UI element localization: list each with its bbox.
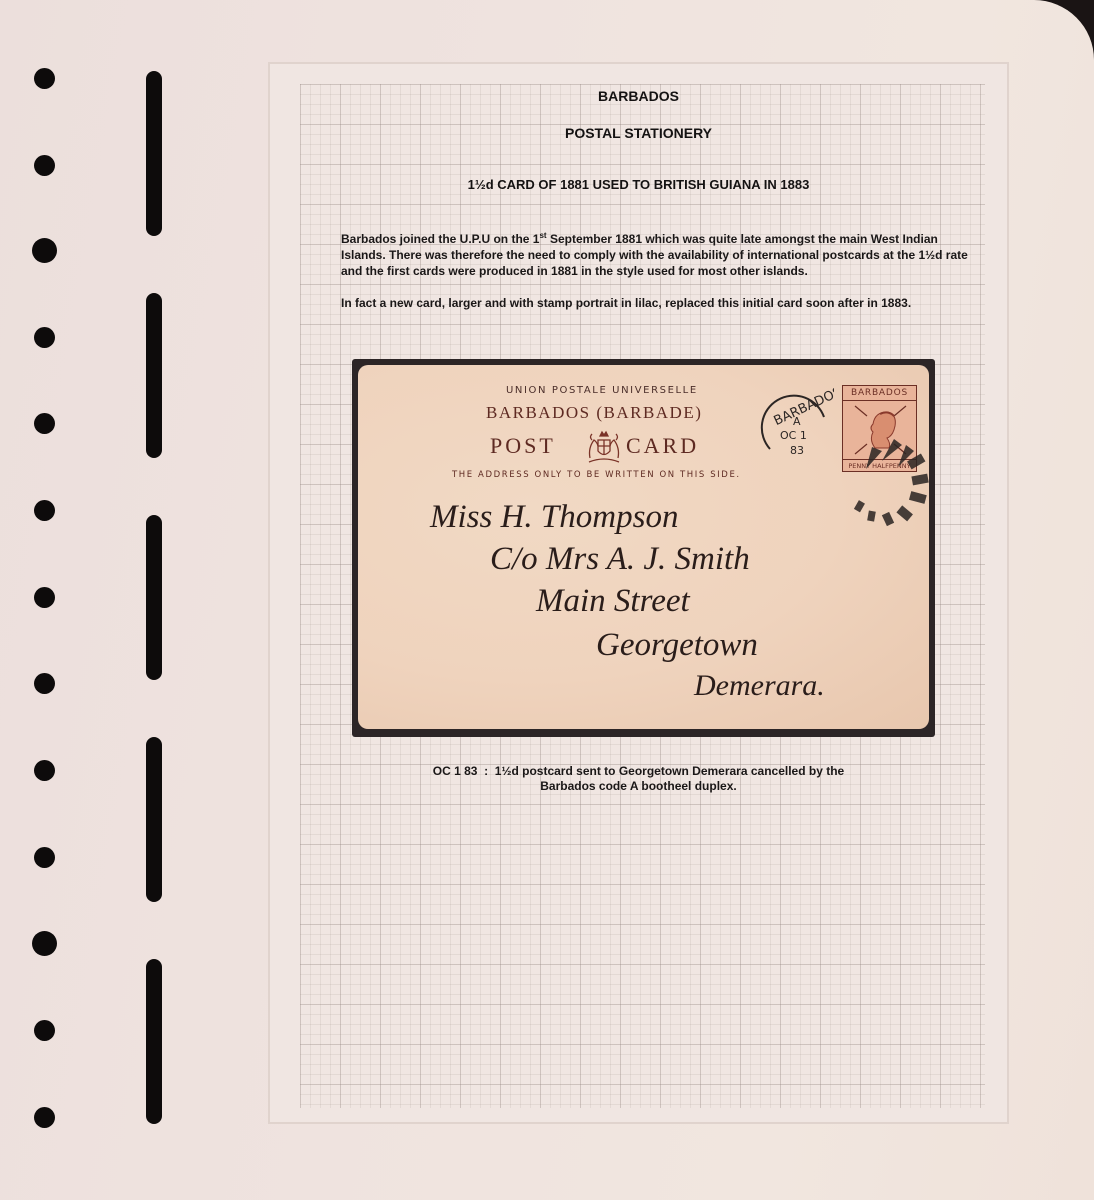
binder-hole [34,760,55,781]
binder-hole [32,931,57,956]
postcard-caption: OC 1 83 : 1½d postcard sent to Georgetow… [268,764,1009,794]
address-line-4: Georgetown [596,627,758,664]
intro-paragraph-1: Barbados joined the U.P.U on the 1st Sep… [341,231,981,279]
postcard-mount: UNION POSTALE UNIVERSELLE BARBADOS (BARB… [352,359,935,737]
binder-hole [34,155,55,176]
country-heading: BARBADOS (BARBADE) [486,403,702,423]
binder-hole [34,68,55,89]
postcard: UNION POSTALE UNIVERSELLE BARBADOS (BARB… [358,365,929,729]
binder-hole [34,587,55,608]
intro-p1-a: Barbados joined the U.P.U on the 1 [341,232,539,246]
caption-line-1: OC 1 83 : 1½d postcard sent to Georgetow… [268,764,1009,779]
binder-hole [32,238,57,263]
card-word: CARD [626,433,699,459]
binder-slot [146,515,162,680]
upu-heading: UNION POSTALE UNIVERSELLE [506,385,698,396]
ordinal-sup: st [539,231,546,240]
binder-slot [146,737,162,902]
binder-hole [34,847,55,868]
address-instruction: THE ADDRESS ONLY TO BE WRITTEN ON THIS S… [452,470,741,480]
item-title: 1½d CARD OF 1881 USED TO BRITISH GUIANA … [268,177,1009,192]
address-line-5: Demerara. [694,669,825,703]
binder-hole [34,413,55,434]
address-line-1: Miss H. Thompson [430,499,678,536]
binder-slot [146,71,162,236]
binder-hole [34,1020,55,1041]
intro-paragraph-2: In fact a new card, larger and with stam… [341,295,981,311]
intro-text: Barbados joined the U.P.U on the 1st Sep… [341,231,981,327]
address-line-2: C/o Mrs A. J. Smith [490,541,750,578]
royal-arms-icon [584,428,624,466]
binder-slot [146,959,162,1124]
caption-line-2: Barbados code A bootheel duplex. [268,779,1009,794]
address-line-3: Main Street [536,583,690,620]
post-word: POST [490,433,556,459]
binder-hole [34,500,55,521]
page-heading: BARBADOS [268,88,1009,104]
binder-hole [34,673,55,694]
binder-hole [34,1107,55,1128]
page-subheading: POSTAL STATIONERY [268,125,1009,141]
binder-hole [34,327,55,348]
bootheel-cancel-icon [798,391,933,531]
binder-slot [146,293,162,458]
